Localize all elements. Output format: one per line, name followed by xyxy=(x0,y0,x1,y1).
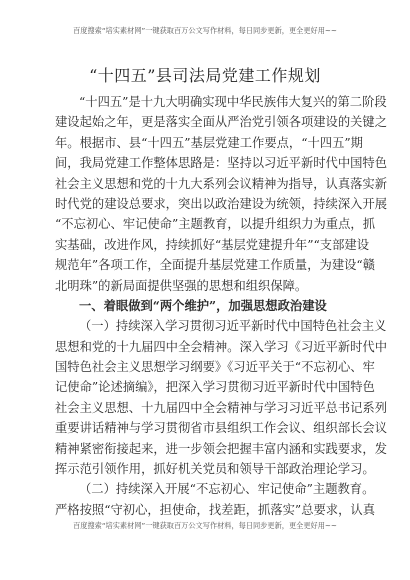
paragraph-line: 思想和党的十九届四中全会精神。深入学习《习近平新时代中 xyxy=(55,337,355,357)
section-heading: 一、着眼做到“两个维护”，加强思想政治建设 xyxy=(55,296,355,316)
paragraph-line: 重要讲话精神与学习贯彻省市县组织工作会议、组织部长会议 xyxy=(55,418,355,438)
bottom-banner-text: 百度搜索“培实素材网”一键获取百万公文写作材料，每日同步更新，更全更好用~~ xyxy=(0,521,410,531)
paragraph-line: 建设起始之年，更是落实全面从严治党引领各项建设的关键之 xyxy=(55,112,355,132)
paragraph-line: “十四五”是十九大明确实现中华民族伟大复兴的第二阶段 xyxy=(55,92,355,112)
paragraph-line: 规范年”各项工作，全面提升基层党建工作质量，为建设“赣 xyxy=(55,255,355,275)
paragraph-line: “不忘初心、牢记使命”主题教育，以提升组织力为重点，抓 xyxy=(55,214,355,234)
paragraph-line: 挥示范引领作用，抓好机关党员和领导干部政治理论学习。 xyxy=(55,459,355,479)
paragraph-line: 社会主义思想和党的十九大系列会议精神为指导，认真落实新 xyxy=(55,174,355,194)
paragraph-line: 实基础，改进作风，持续抓好“基层党建提升年”“支部建设 xyxy=(55,235,355,255)
paragraph-line: 精神紧密衔接起来，进一步领会把握丰富内涵和实践要求，发 xyxy=(55,439,355,459)
document-body: “十四五”是十九大明确实现中华民族伟大复兴的第二阶段 建设起始之年，更是落实全面… xyxy=(55,92,355,520)
paragraph-line: 记使命”论述摘编》，把深入学习贯彻习近平新时代中国特色 xyxy=(55,377,355,397)
top-banner-text: 百度搜索“培实素材网”一键获取百万公文写作材料，每日同步更新，更全更好用~~ xyxy=(0,26,410,36)
document-title: “十四五”县司法局党建工作规划 xyxy=(0,63,410,86)
subsection-line: （一）持续深入学习贯彻习近平新时代中国特色社会主义 xyxy=(55,316,355,336)
subsection-line: （二）持续深入开展“不忘初心、牢记使命”主题教育。 xyxy=(55,479,355,499)
paragraph-line: 间，我局党建工作整体思路是：坚持以习近平新时代中国特色 xyxy=(55,153,355,173)
paragraph-line: 年。根据市、县“十四五”基层党建工作要点，“十四五”期 xyxy=(55,133,355,153)
paragraph-line: 北明珠”的新局面提供坚强的思想和组织保障。 xyxy=(55,276,355,296)
paragraph-line: 国特色社会主义思想学习纲要》《习近平关于“不忘初心、牢 xyxy=(55,357,355,377)
paragraph-line: 严格按照“守初心，担使命，找差距，抓落实”总要求，认真 xyxy=(55,500,355,520)
paragraph-line: 社会主义思想、十九届四中全会精神与学习习近平总书记系列 xyxy=(55,398,355,418)
paragraph-line: 时代党的建设总要求，突出以政治建设为统领，持续深入开展 xyxy=(55,194,355,214)
